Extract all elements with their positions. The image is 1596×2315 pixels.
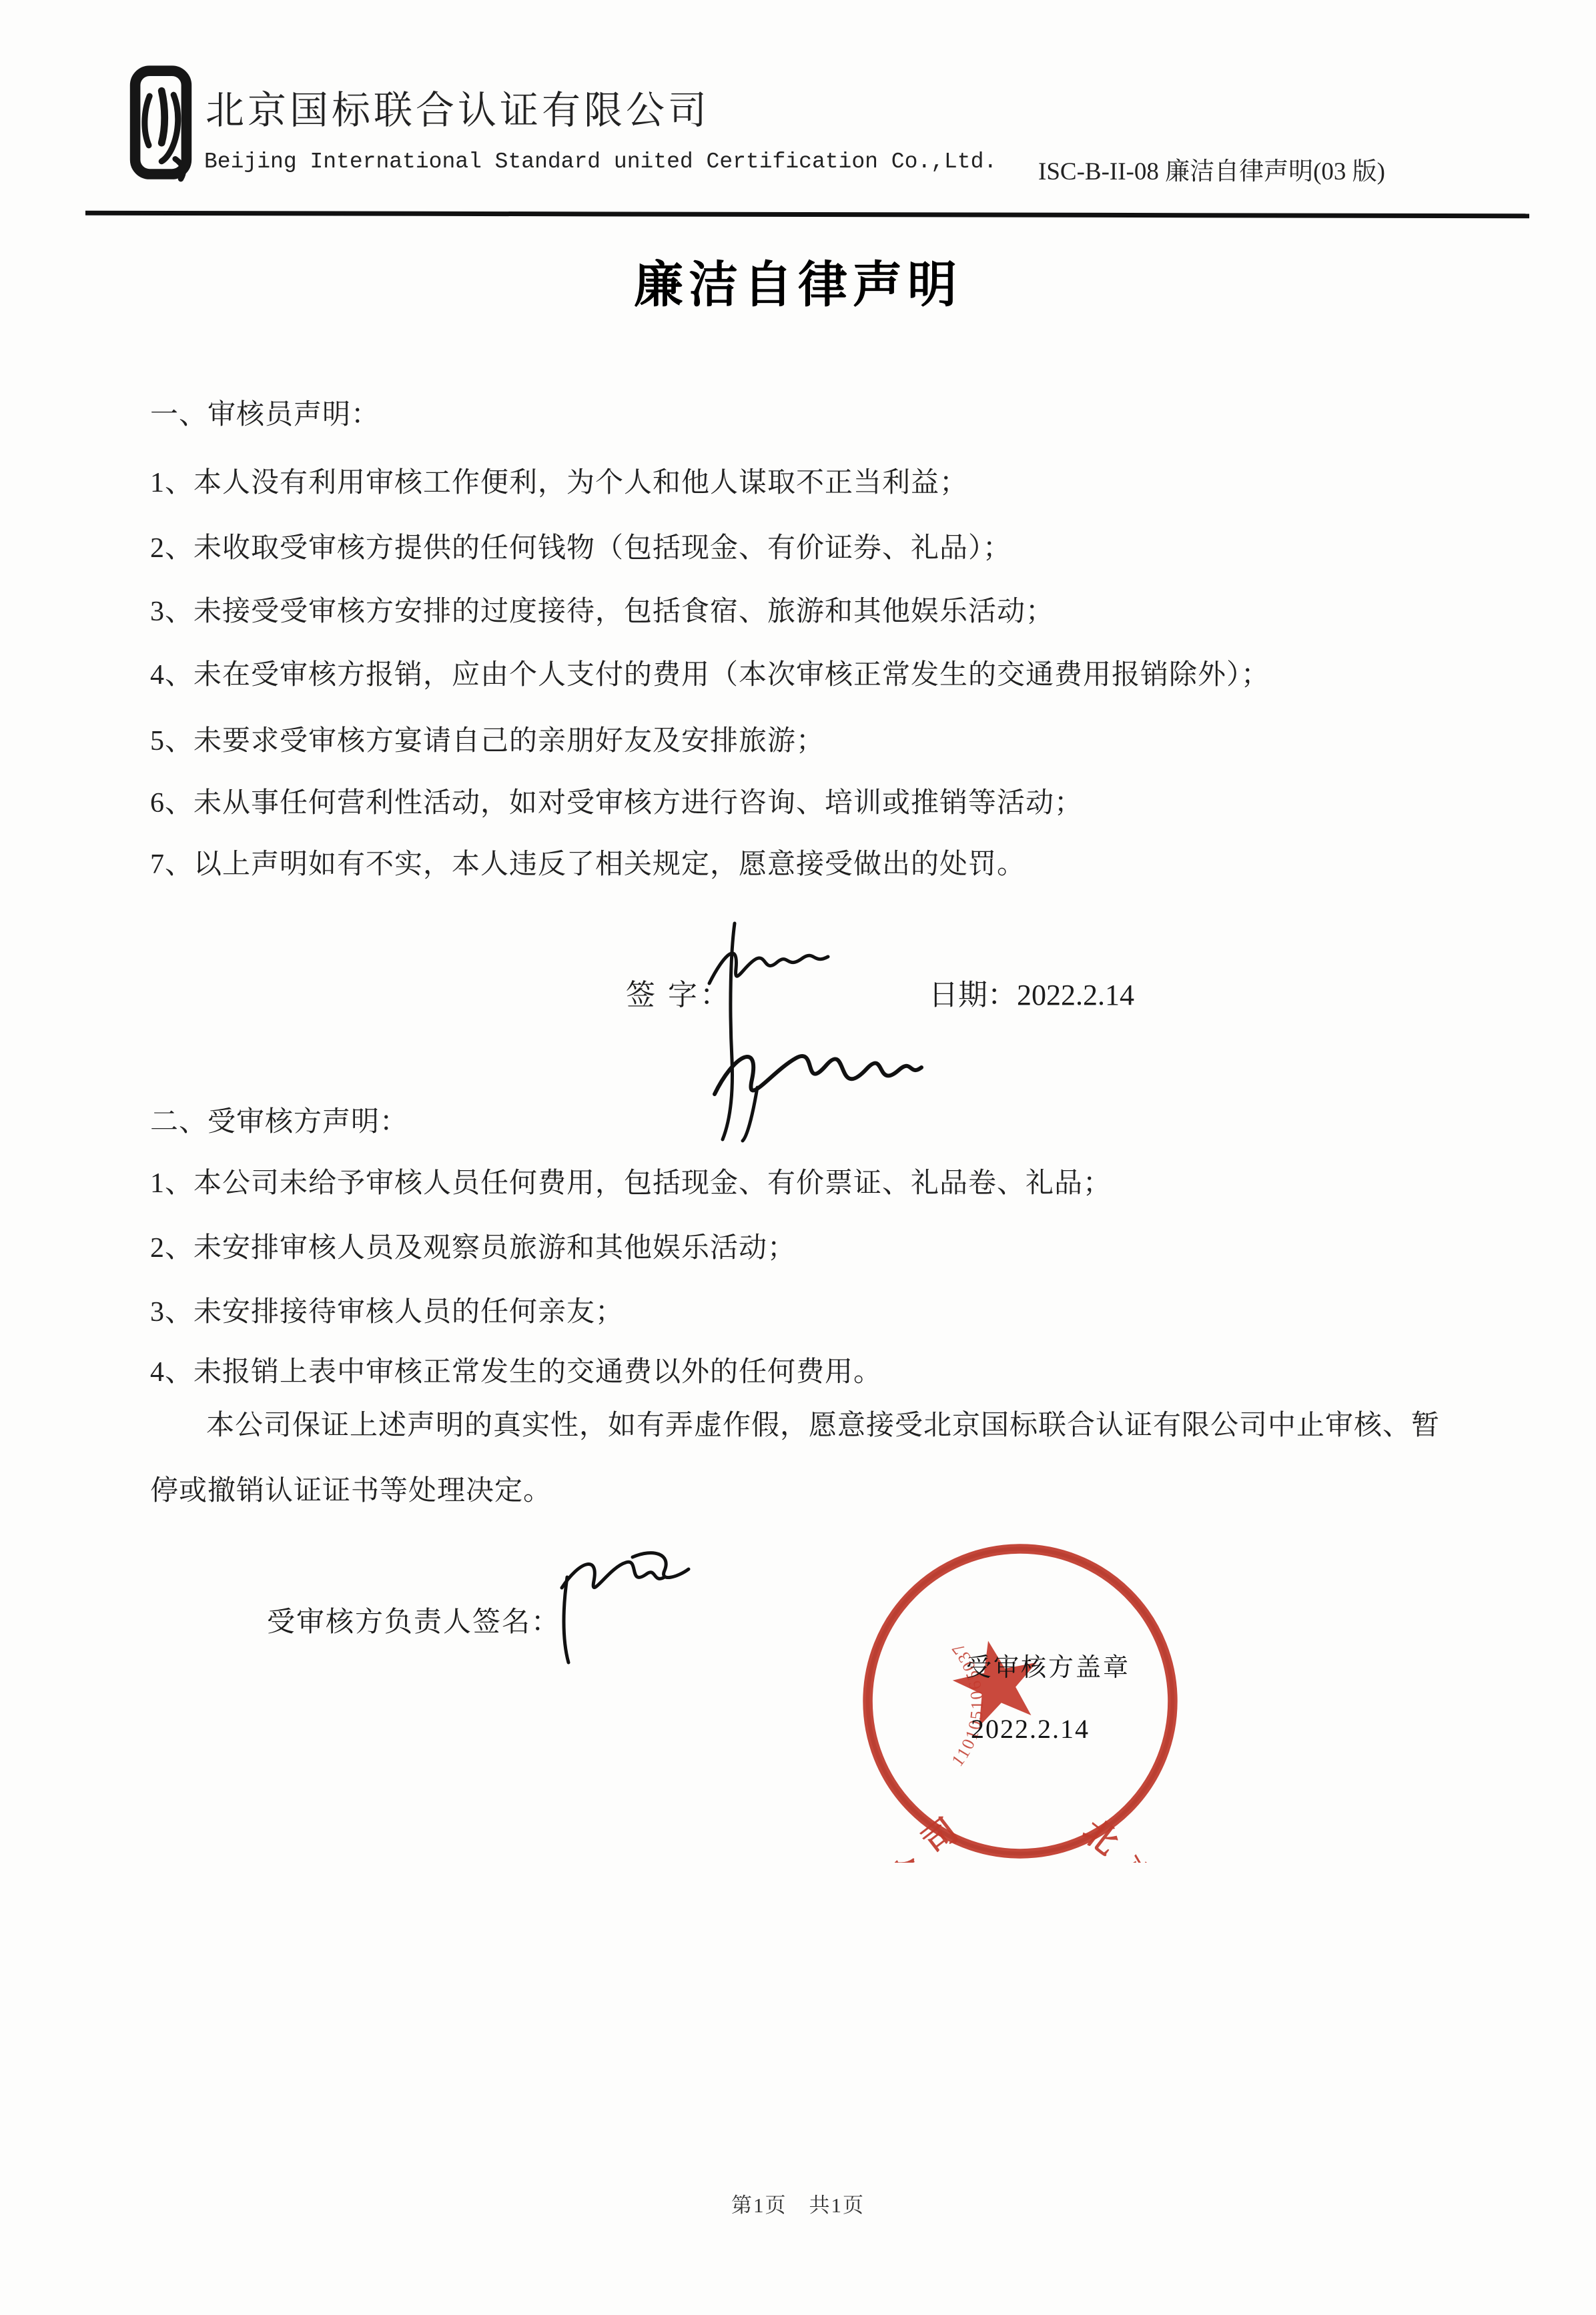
company-logo-icon xyxy=(129,63,193,189)
company-name-en: Beijing International Standard united Ce… xyxy=(204,149,997,174)
document-page: { "header": { "company_cn": "北京国标联合认证有限公… xyxy=(0,0,1596,2315)
page-title: 廉洁自律声明 xyxy=(0,246,1596,316)
auditee-handwritten-signature xyxy=(552,1549,709,1676)
seal-overlay-label: 受审核方盖章 xyxy=(966,1647,1130,1683)
auditee-signature-label: 受审核方负责人签名： xyxy=(267,1600,560,1640)
section2-heading: 二、受审核方声明： xyxy=(150,1099,408,1139)
header-divider xyxy=(85,211,1529,219)
section2-item: 2、未安排审核人员及观察员旅游和其他娱乐活动； xyxy=(150,1226,796,1266)
company-name-cn: 北京国标联合认证有限公司 xyxy=(206,79,710,135)
company-seal-stamp: 北京时上品鲜农业科技有限公司 1101051065037 xyxy=(859,1540,1182,1863)
section1-item: 1、本人没有利用审核工作便利，为个人和他人谋取不正当利益； xyxy=(150,460,968,500)
document-code: ISC-B-II-08 廉洁自律声明(03 版) xyxy=(1038,151,1385,187)
section2-item: 4、未报销上表中审核正常发生的交通费以外的任何费用。 xyxy=(150,1350,882,1390)
page-number: 第1页 共1页 xyxy=(0,2188,1596,2218)
section1-item: 3、未接受受审核方安排的过度接待，包括食宿、旅游和其他娱乐活动； xyxy=(150,589,1054,629)
section1-item: 7、以上声明如有不实，本人违反了相关规定，愿意接受做出的处罚。 xyxy=(150,842,1026,882)
section1-item: 5、未要求受审核方宴请自己的亲朋好友及安排旅游； xyxy=(150,719,825,759)
section2-item: 1、本公司未给予审核人员任何费用，包括现金、有价票证、礼品卷、礼品； xyxy=(150,1161,1112,1201)
section1-item: 2、未收取受审核方提供的任何钱物（包括现金、有价证券、礼品）； xyxy=(150,526,1012,566)
auditor-handwritten-signature xyxy=(671,919,957,1146)
section1-item: 6、未从事任何营利性活动，如对受审核方进行咨询、培训或推销等活动； xyxy=(150,781,1083,821)
seal-overlay-date: 2022.2.14 xyxy=(971,1713,1090,1745)
section1-item: 4、未在受审核方报销，应由个人支付的费用（本次审核正常发生的交通费用报销除外）； xyxy=(150,652,1270,692)
section1-heading: 一、审核员声明： xyxy=(150,392,380,432)
pledge-paragraph: 本公司保证上述声明的真实性，如有弄虚作假，愿意接受北京国标联合认证有限公司中止审… xyxy=(150,1393,1463,1524)
date-line: 日期：2022.2.14 xyxy=(929,971,1134,1013)
section2-item: 3、未安排接待审核人员的任何亲友； xyxy=(150,1290,624,1330)
date-value: 2022.2.14 xyxy=(1017,979,1134,1011)
